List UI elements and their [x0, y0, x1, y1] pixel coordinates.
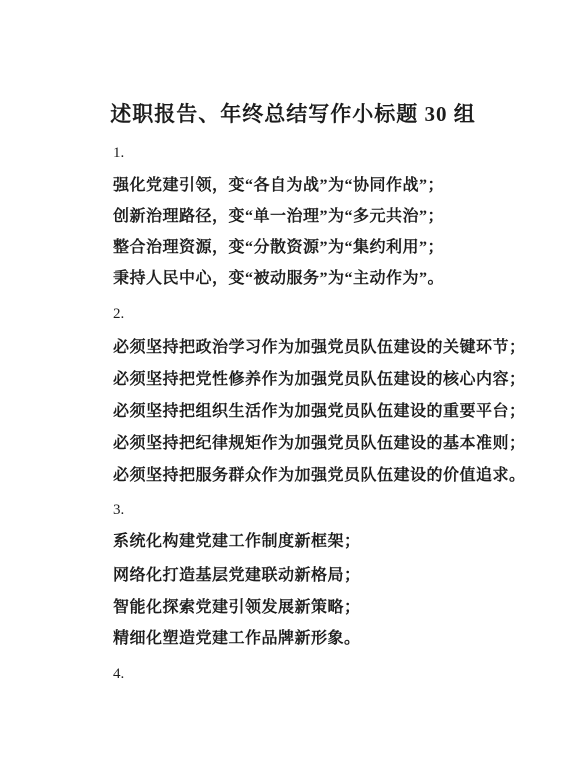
section-number: 4. [113, 666, 586, 682]
body-line: 创新治理路径，变“单一治理”为“多元共治”； [113, 208, 586, 226]
body-line: 必须坚持把政治学习作为加强党员队伍建设的关键环节； [113, 339, 586, 357]
body-line: 必须坚持把党性修养作为加强党员队伍建设的核心内容； [113, 371, 586, 389]
body-line: 智能化探索党建引领发展新策略； [113, 599, 586, 617]
body-line: 必须坚持把组织生活作为加强党员队伍建设的重要平台； [113, 403, 586, 421]
section-number: 2. [113, 306, 586, 322]
body-line: 强化党建引领，变“各自为战”为“协同作战”； [113, 177, 586, 195]
section-number: 3. [113, 502, 586, 518]
body-line: 整合治理资源，变“分散资源”为“集约利用”； [113, 239, 586, 257]
body-line: 网络化打造基层党建联动新格局； [113, 567, 586, 585]
document-page: 述职报告、年终总结写作小标题 30 组 1. 强化党建引领，变“各自为战”为“协… [0, 0, 586, 759]
body-line: 秉持人民中心，变“被动服务”为“主动作为”。 [113, 270, 586, 288]
body-line: 必须坚持把服务群众作为加强党员队伍建设的价值追求。 [113, 467, 586, 485]
body-line: 精细化塑造党建工作品牌新形象。 [113, 630, 586, 648]
body-line: 必须坚持把纪律规矩作为加强党员队伍建设的基本准则； [113, 435, 586, 453]
body-line: 系统化构建党建工作制度新框架； [113, 533, 586, 551]
document-title: 述职报告、年终总结写作小标题 30 组 [0, 101, 586, 127]
section-number: 1. [113, 145, 586, 161]
